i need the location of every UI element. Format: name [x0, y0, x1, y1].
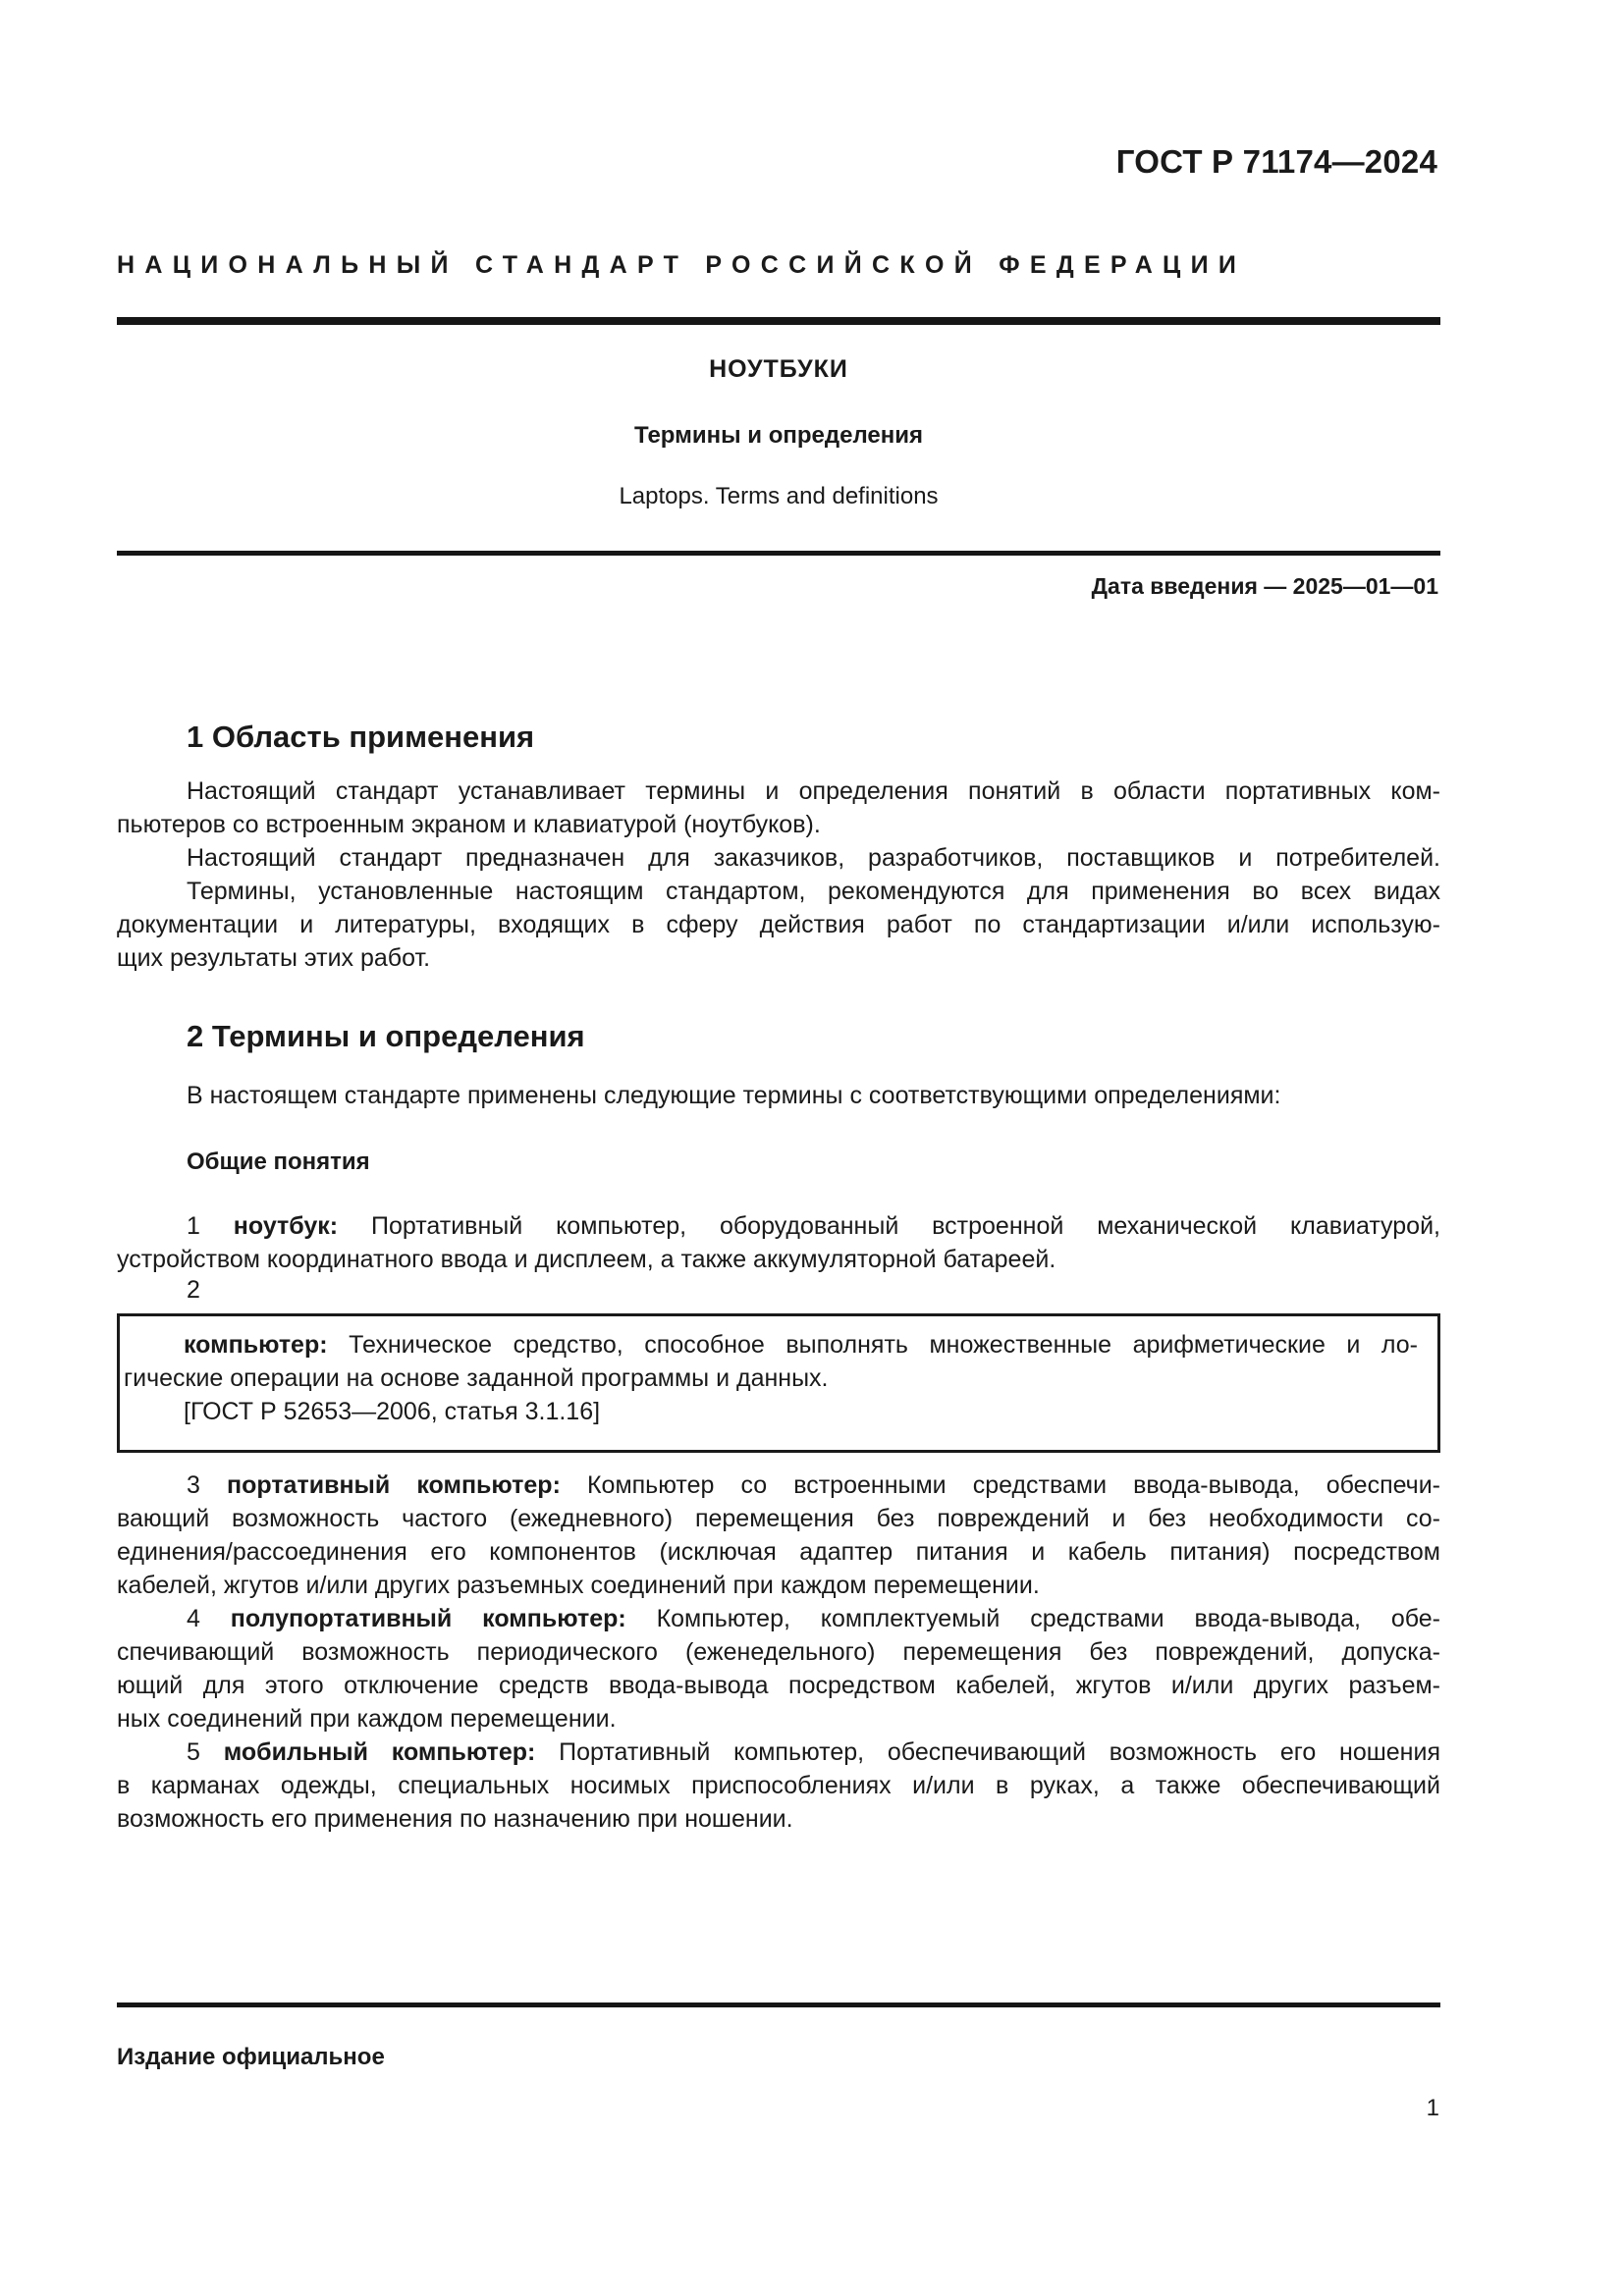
document-title-english: Laptops. Terms and definitions [117, 483, 1440, 510]
header-divider [117, 317, 1440, 325]
term-definition: устройством координатного ввода и диспле… [117, 1243, 1440, 1276]
introduction-date: Дата введения — 2025—01—01 [1092, 573, 1438, 600]
term-definition: вающий возможность частого (ежедневного)… [117, 1502, 1440, 1535]
term-entry-2-boxed: компьютер: Техническое средство, способн… [117, 1313, 1440, 1453]
term-entry-3: 3 портативный компьютер: Компьютер со вс… [117, 1468, 1440, 1602]
term-number: 2 [187, 1276, 200, 1305]
term-source: [ГОСТ Р 52653—2006, статья 3.1.16] [120, 1395, 1432, 1428]
term-definition: возможность его применения по назначению… [117, 1802, 1440, 1836]
term-entry-4: 4 полупортативный компьютер: Компьютер, … [117, 1602, 1440, 1735]
national-standard-banner: НАЦИОНАЛЬНЫЙ СТАНДАРТ РОССИЙСКОЙ ФЕДЕРАЦ… [117, 251, 1440, 280]
title-divider [117, 551, 1440, 556]
term-number: 4 [187, 1605, 200, 1632]
term-name: компьютер: [184, 1331, 328, 1359]
term-definition: Портативный компьютер, оборудованный вст… [338, 1212, 1440, 1240]
text-line: Термины, установленные настоящим стандар… [117, 875, 1440, 908]
text-line: пьютеров со встроенным экраном и клавиат… [117, 808, 1440, 841]
term-definition: в карманах одежды, специальных носимых п… [117, 1769, 1440, 1802]
text-line: щих результаты этих работ. [117, 941, 1440, 975]
term-definition: Портативный компьютер, обеспечивающий во… [535, 1738, 1440, 1766]
text-line: Настоящий стандарт предназначен для зака… [117, 841, 1440, 875]
term-definition: ных соединений при каждом перемещении. [117, 1702, 1440, 1735]
section-2-intro: В настоящем стандарте применены следующи… [117, 1079, 1440, 1112]
term-definition: гические операции на основе заданной про… [120, 1362, 1432, 1395]
page-number: 1 [1427, 2095, 1439, 2122]
section-2-heading: 2 Термины и определения [187, 1019, 585, 1054]
section-1-paragraph-3: Термины, установленные настоящим стандар… [117, 875, 1440, 975]
section-1-paragraph-2: Настоящий стандарт предназначен для зака… [117, 841, 1440, 875]
term-number: 1 [187, 1212, 200, 1240]
subsection-heading: Общие понятия [187, 1148, 370, 1176]
document-subtitle: Термины и определения [117, 422, 1440, 450]
section-1-paragraph-1: Настоящий стандарт устанавливает термины… [117, 774, 1440, 841]
term-name: мобильный компьютер: [224, 1738, 536, 1766]
text-line: В настоящем стандарте применены следующи… [117, 1079, 1440, 1112]
document-code: ГОСТ Р 71174—2024 [1116, 143, 1437, 181]
section-1-heading: 1 Область применения [187, 720, 534, 755]
text-line: документации и литературы, входящих в сф… [117, 908, 1440, 941]
term-definition: кабелей, жгутов и/или других разъемных с… [117, 1569, 1440, 1602]
term-name: портативный компьютер: [227, 1471, 561, 1499]
term-number: 5 [187, 1738, 200, 1766]
term-definition: Техническое средство, способное выполнят… [328, 1331, 1418, 1359]
term-definition: Компьютер со встроенными средствами ввод… [561, 1471, 1440, 1499]
official-edition-label: Издание официальное [117, 2044, 385, 2071]
footer-divider [117, 2002, 1440, 2007]
term-entry-1: 1 ноутбук: Портативный компьютер, оборуд… [117, 1209, 1440, 1276]
term-definition: ющий для этого отключение средств ввода-… [117, 1669, 1440, 1702]
term-definition: Компьютер, комплектуемый средствами ввод… [626, 1605, 1440, 1632]
term-number: 3 [187, 1471, 200, 1499]
text-line: Настоящий стандарт устанавливает термины… [117, 774, 1440, 808]
term-entry-5: 5 мобильный компьютер: Портативный компь… [117, 1735, 1440, 1836]
term-name: полупортативный компьютер: [231, 1605, 626, 1632]
term-name: ноутбук: [234, 1212, 338, 1240]
term-definition: спечивающий возможность периодического (… [117, 1635, 1440, 1669]
document-title: НОУТБУКИ [117, 355, 1440, 384]
term-definition: единения/рассоединения его компонентов (… [117, 1535, 1440, 1569]
